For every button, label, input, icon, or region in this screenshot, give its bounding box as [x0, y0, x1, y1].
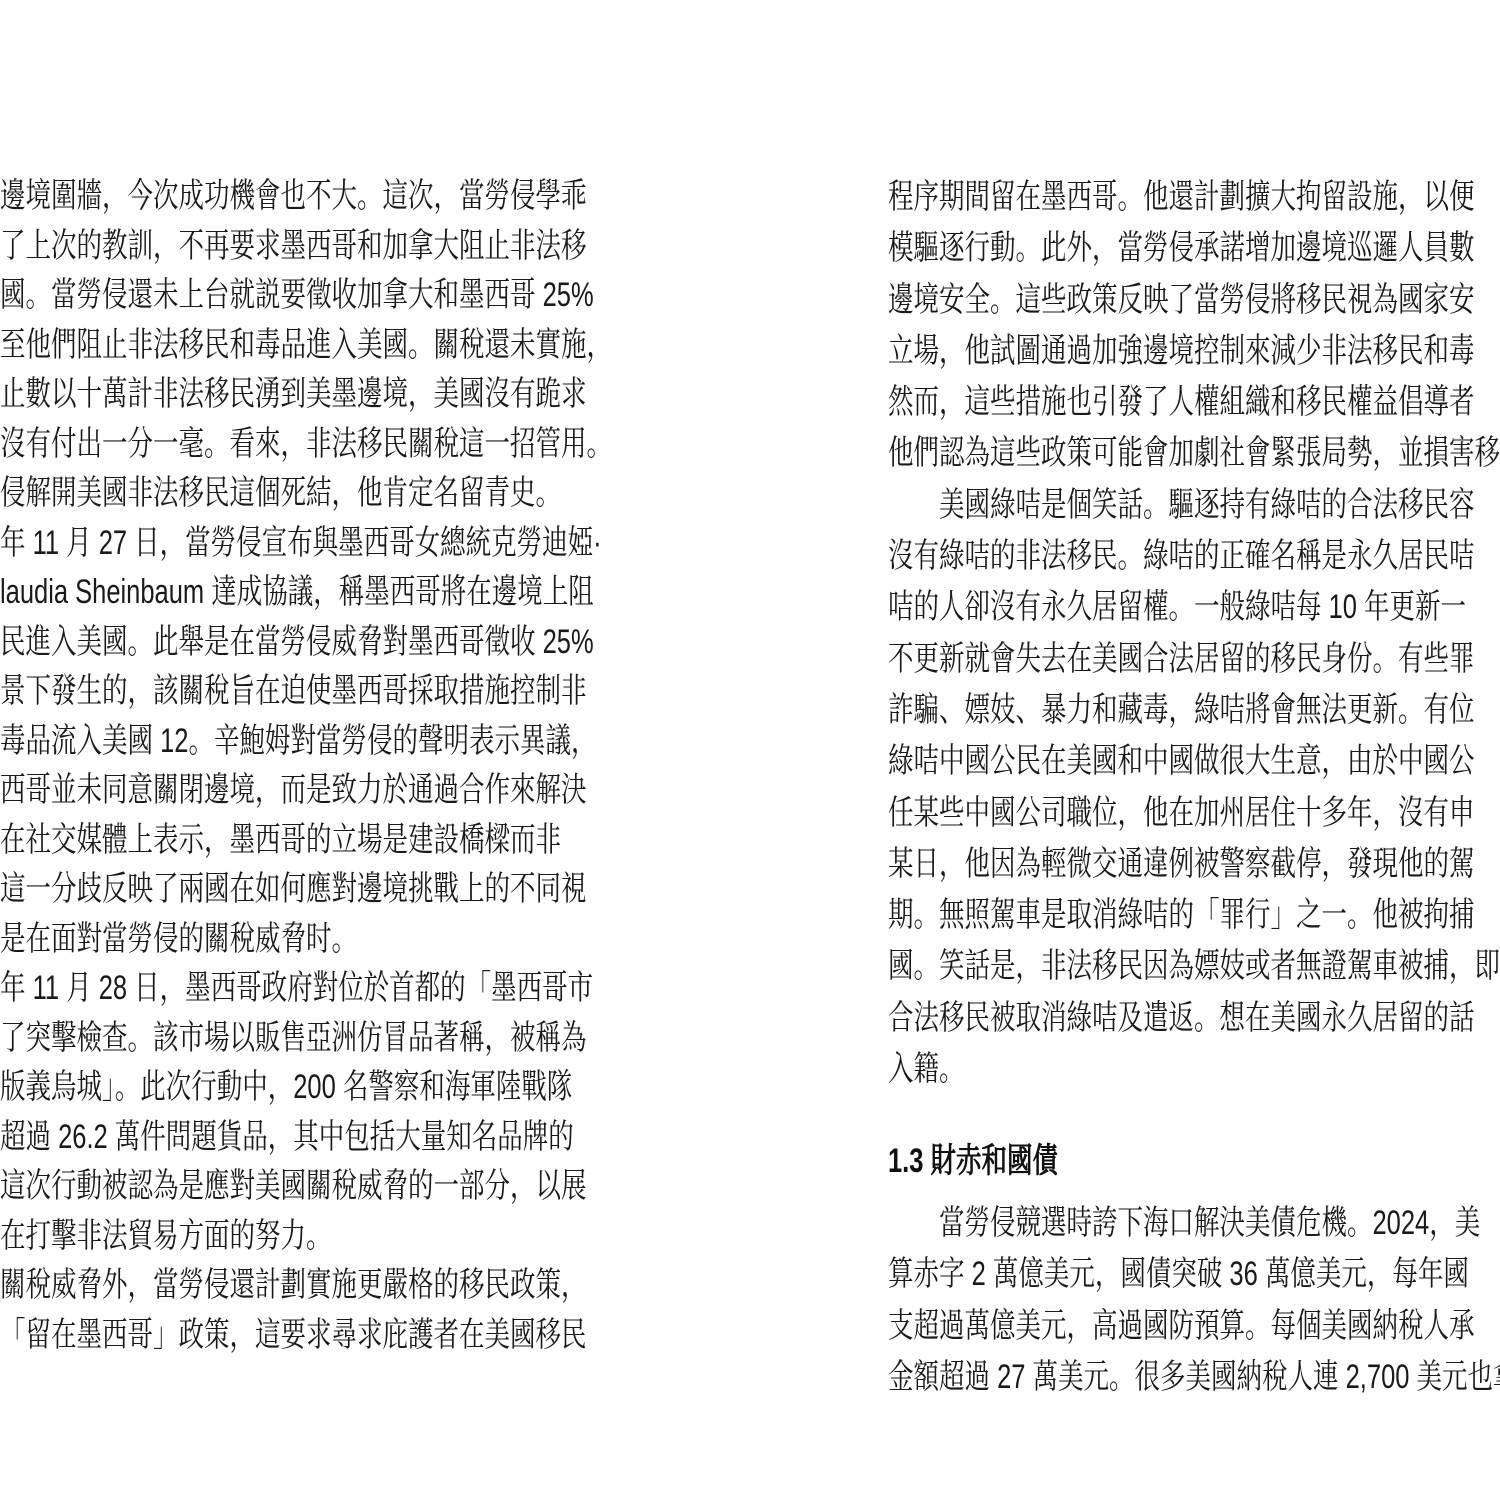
text-line: 國。笑話是，非法移民因為嫖妓或者無證駕車被捕，即: [888, 941, 1500, 992]
text-line: 合法移民被取消綠咭及遣返。想在美國永久居留的話: [888, 993, 1500, 1044]
text-line: 邊境圍牆，今次成功機會也不大。這次，當勞侵學乖: [0, 172, 675, 222]
text-line: 「留在墨西哥」政策，這要求尋求庇護者在美國移民: [0, 1311, 675, 1361]
text-line: laudia Sheinbaum 達成協議，稱墨西哥將在邊境上阻: [0, 568, 675, 618]
text-line: 景下發生的，該關稅旨在迫使墨西哥採取措施控制非: [0, 667, 675, 717]
text-line: 年 11 月 27 日，當勞侵宣布與墨西哥女總統克勞迪婭·: [0, 519, 675, 569]
text-line: 超過 26.2 萬件問題貨品，其中包括大量知名品牌的: [0, 1113, 675, 1163]
text-line: 美國綠咭是個笑話。驅逐持有綠咭的合法移民容: [888, 480, 1500, 531]
text-line: 至他們阻止非法移民和毒品進入美國。關稅還未實施，: [0, 321, 675, 371]
text-line: 侵解開美國非法移民這個死結，他肯定名留青史。: [0, 469, 675, 519]
text-line: 支超過萬億美元，高過國防預算。每個美國納稅人承: [888, 1301, 1500, 1352]
text-line: 是在面對當勞侵的關稅威脅时。: [0, 915, 675, 965]
text-line: 任某些中國公司職位，他在加州居住十多年，沒有申: [888, 788, 1500, 839]
text-line: 止數以十萬計非法移民湧到美墨邊境，美國沒有跪求: [0, 370, 675, 420]
text-line: 詐騙、嫖妓、暴力和藏毒，綠咭將會無法更新。有位: [888, 685, 1500, 736]
text-line: 他們認為這些政策可能會加劇社會緊張局勢，並損害移: [888, 428, 1500, 479]
text-line: 綠咭中國公民在美國和中國做很大生意，由於中國公: [888, 736, 1500, 787]
section-heading-1-3: 1.3 財赤和國債: [888, 1136, 1058, 1187]
scanned-document-page-spread: 邊境圍牆，今次成功機會也不大。這次，當勞侵學乖了上次的教訓，不再要求墨西哥和加拿…: [0, 0, 1500, 1500]
left-page-text-column: 邊境圍牆，今次成功機會也不大。這次，當勞侵學乖了上次的教訓，不再要求墨西哥和加拿…: [0, 172, 675, 1360]
text-line: 沒有付出一分一毫。看來，非法移民關稅這一招管用。: [0, 420, 675, 470]
text-line: 了上次的教訓，不再要求墨西哥和加拿大阻止非法移: [0, 222, 675, 272]
text-line: 沒有綠咭的非法移民。綠咭的正確名稱是永久居民咭: [888, 531, 1500, 582]
text-line: 這一分歧反映了兩國在如何應對邊境挑戰上的不同視: [0, 865, 675, 915]
text-line: 然而，這些措施也引發了人權組織和移民權益倡導者: [888, 377, 1500, 428]
text-line: 在社交媒體上表示，墨西哥的立場是建設橋樑而非: [0, 816, 675, 866]
text-line: 咭的人卻沒有永久居留權。一般綠咭每 10 年更新一: [888, 582, 1500, 633]
right-page-text-column-lower: 當勞侵競選時誇下海口解決美債危機。2024，美算赤字 2 萬億美元，國債突破 3…: [888, 1198, 1500, 1403]
text-line: 模驅逐行動。此外，當勞侵承諾增加邊境巡邏人員數: [888, 223, 1500, 274]
text-line: 毒品流入美國 12。辛鮑姆對當勞侵的聲明表示異議，: [0, 717, 675, 767]
text-line: 金額超過 27 萬美元。很多美國納稅人連 2,700 美元也拿: [888, 1352, 1500, 1403]
text-line: 邊境安全。這些政策反映了當勞侵將移民視為國家安: [888, 275, 1500, 326]
text-line: 西哥並未同意關閉邊境，而是致力於通過合作來解決: [0, 766, 675, 816]
text-line: 關稅威脅外，當勞侵還計劃實施更嚴格的移民政策，: [0, 1261, 675, 1311]
text-line: 立場，他試圖通過加強邊境控制來減少非法移民和毒: [888, 326, 1500, 377]
text-line: 這次行動被認為是應對美國關稅威脅的一部分，以展: [0, 1162, 675, 1212]
text-line: 民進入美國。此舉是在當勞侵威脅對墨西哥徵收 25%: [0, 618, 675, 668]
text-line: 版義烏城」。此次行動中，200 名警察和海軍陸戰隊: [0, 1063, 675, 1113]
text-line: 期。無照駕車是取消綠咭的「罪行」之一。他被拘捕: [888, 890, 1500, 941]
text-line: 程序期間留在墨西哥。他還計劃擴大拘留設施，以便: [888, 172, 1500, 223]
right-page-text-column-upper: 程序期間留在墨西哥。他還計劃擴大拘留設施，以便模驅逐行動。此外，當勞侵承諾增加邊…: [888, 172, 1500, 1095]
text-line: 入籍。: [888, 1044, 1500, 1095]
text-line: 算赤字 2 萬億美元，國債突破 36 萬億美元，每年國: [888, 1249, 1500, 1300]
text-line: 當勞侵競選時誇下海口解決美債危機。2024，美: [888, 1198, 1500, 1249]
text-line: 國。當勞侵還未上台就説要徵收加拿大和墨西哥 25%: [0, 271, 675, 321]
text-line: 年 11 月 28 日，墨西哥政府對位於首都的「墨西哥市: [0, 964, 675, 1014]
text-line: 在打擊非法貿易方面的努力。: [0, 1212, 675, 1262]
text-line: 某日，他因為輕微交通違例被警察截停，發現他的駕: [888, 839, 1500, 890]
text-line: 不更新就會失去在美國合法居留的移民身份。有些罪: [888, 634, 1500, 685]
text-line: 了突擊檢查。該市場以販售亞洲仿冒品著稱，被稱為: [0, 1014, 675, 1064]
